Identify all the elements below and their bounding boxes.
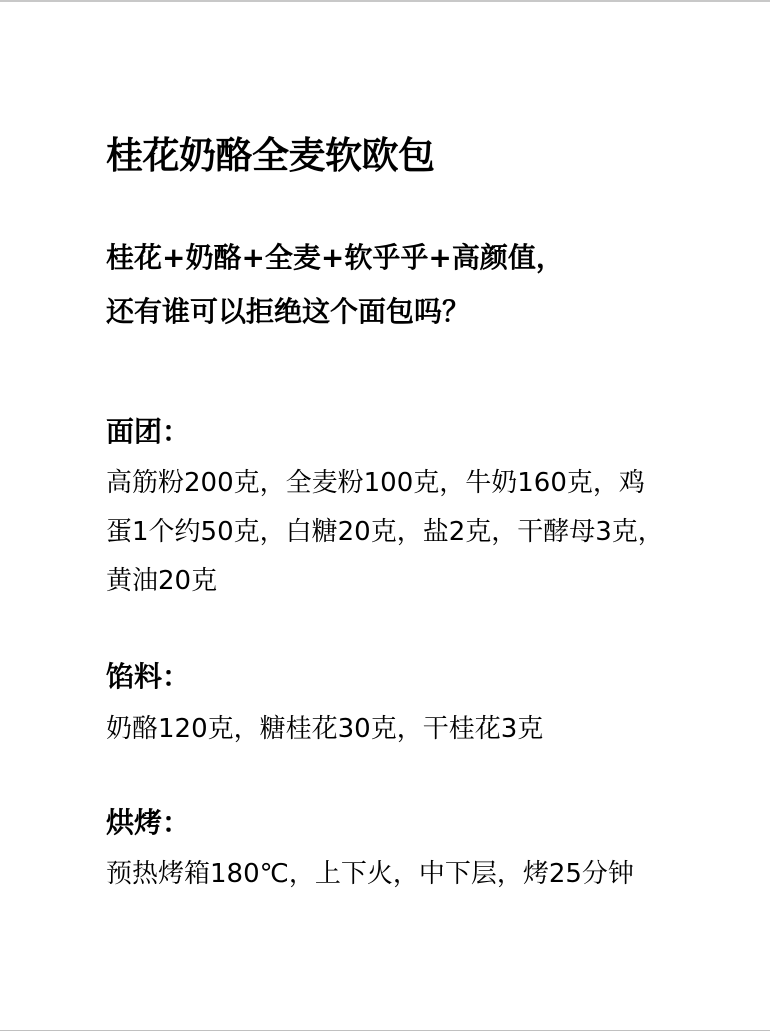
ingredient-line: 黄油20克	[106, 557, 664, 606]
section-body-baking: 预热烤箱180℃，上下火，中下层，烤25分钟	[106, 850, 634, 899]
section-heading-filling: 馅料：	[106, 657, 190, 697]
section-body-dough: 高筋粉200克，全麦粉100克，牛奶160克，鸡 蛋1个约50克，白糖20克，盐…	[106, 459, 664, 606]
subtitle: 桂花+奶酪+全麦+软乎乎+高颜值， 还有谁可以拒绝这个面包吗？	[106, 231, 564, 339]
ingredient-line: 奶酪120克，糖桂花30克，干桂花3克	[106, 705, 543, 754]
subtitle-line: 桂花+奶酪+全麦+软乎乎+高颜值，	[106, 231, 564, 285]
ingredient-line: 高筋粉200克，全麦粉100克，牛奶160克，鸡	[106, 459, 664, 508]
section-heading-dough: 面团：	[106, 412, 190, 452]
page-title: 桂花奶酪全麦软欧包	[106, 131, 435, 181]
section-heading-baking: 烘烤：	[106, 803, 190, 843]
section-body-filling: 奶酪120克，糖桂花30克，干桂花3克	[106, 705, 543, 754]
instruction-line: 预热烤箱180℃，上下火，中下层，烤25分钟	[106, 850, 634, 899]
subtitle-line: 还有谁可以拒绝这个面包吗？	[106, 285, 564, 339]
ingredient-line: 蛋1个约50克，白糖20克，盐2克，干酵母3克，	[106, 508, 664, 557]
top-border	[0, 0, 770, 2]
